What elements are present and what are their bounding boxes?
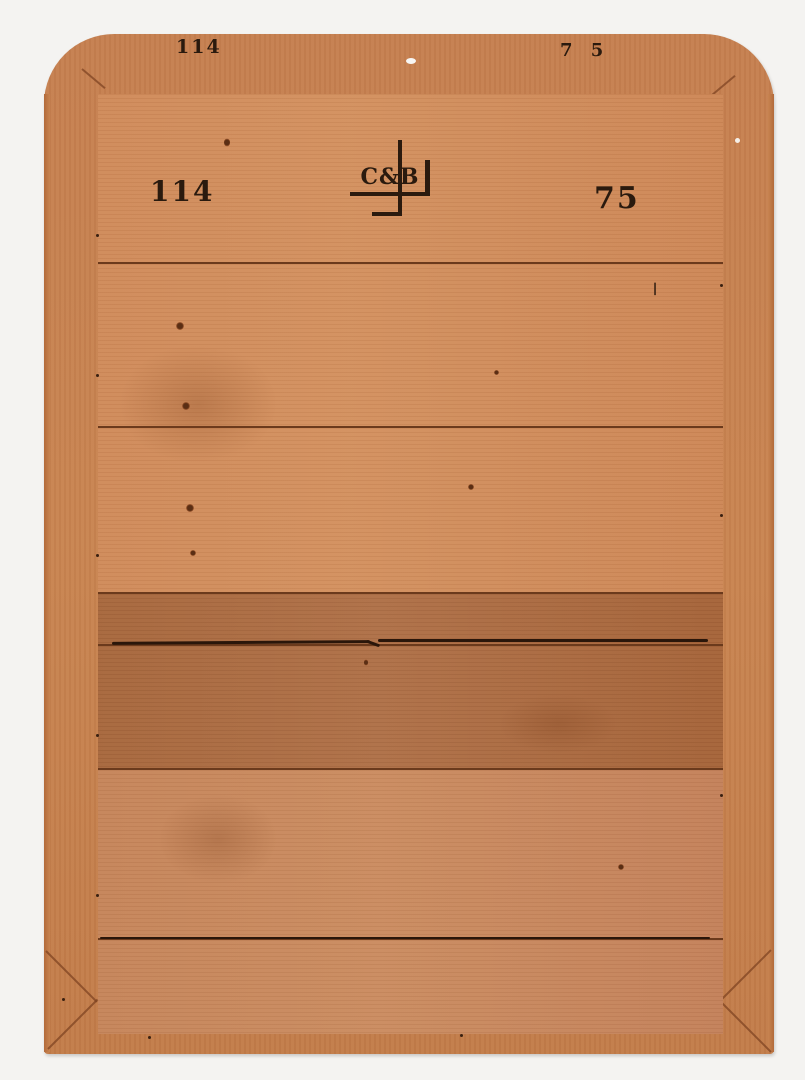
nail (460, 1034, 463, 1037)
frame-edge-right (768, 94, 774, 1052)
nail (720, 514, 723, 517)
hanging-hole (406, 58, 416, 64)
grain-shade (498, 694, 618, 754)
mirror-frame: 114 7 5 (44, 34, 774, 1054)
wood-knot (176, 322, 184, 330)
nail (96, 234, 99, 237)
nail (720, 284, 723, 287)
nail (96, 734, 99, 737)
plank-5 (98, 646, 723, 770)
nail (62, 998, 65, 1001)
wood-knot (186, 504, 194, 512)
plank-7 (98, 940, 723, 1034)
nail (96, 894, 99, 897)
wood-knot (190, 550, 196, 556)
grain-shade (158, 794, 278, 884)
small-mark: ❘ (650, 282, 662, 294)
miter-top-right (711, 75, 735, 96)
nail (96, 554, 99, 557)
grain-shade (118, 344, 278, 464)
miter-bottom-right-inner (719, 949, 771, 1001)
miter-top-left (81, 68, 105, 89)
miter-bottom-right-outer (719, 1000, 771, 1052)
paint-chip (735, 138, 740, 143)
wood-knot (468, 484, 474, 490)
bottom-gap (100, 937, 710, 939)
stamp-text: C&B (354, 164, 426, 190)
panel-stencil-114: 114 (150, 178, 214, 206)
wood-knot (182, 402, 190, 410)
panel-stencil-75: 75 (594, 184, 640, 214)
wood-crack-right (378, 639, 708, 642)
miter-bottom-left-outer (47, 999, 98, 1050)
miter-bottom-left-inner (45, 950, 97, 1002)
nail (148, 1036, 151, 1039)
nail (96, 374, 99, 377)
photo-scene: 114 7 5 (0, 0, 805, 1080)
maker-stamp: C&B (350, 140, 430, 216)
wood-knot (224, 138, 230, 147)
wood-knot (494, 370, 499, 375)
nail (720, 794, 723, 797)
wood-knot (618, 864, 624, 870)
frame-stencil-75: 7 5 (560, 42, 609, 60)
frame-stencil-114: 114 (176, 38, 222, 57)
wood-knot (364, 659, 368, 666)
back-panel: 114 75 ❘ (98, 94, 723, 1034)
frame-edge-left (44, 94, 50, 1052)
